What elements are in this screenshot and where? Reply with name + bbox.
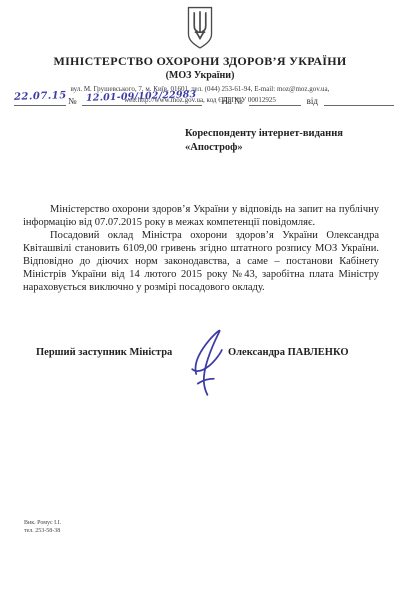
ministry-short-name: (МОЗ України): [0, 70, 400, 81]
incoming-number-label: На №: [221, 96, 242, 106]
handwritten-date: 22.07.15: [14, 90, 67, 103]
incoming-number-field: [249, 91, 301, 106]
ministry-name: МІНІСТЕРСТВО ОХОРОНИ ЗДОРОВ’Я УКРАЇНИ: [0, 54, 400, 69]
executor-footer: Вик. Ромус І.І. тел. 253-58-38: [24, 519, 61, 535]
outgoing-date-field: 22.07.15: [14, 91, 66, 106]
signer-name: Олександра ПАВЛЕНКО: [228, 347, 349, 358]
signer-position-title: Перший заступник Міністра: [36, 347, 172, 358]
incoming-date-label: від: [307, 96, 318, 106]
number-sign-label: №: [68, 96, 77, 106]
recipient-line-2: «Апостроф»: [185, 141, 343, 155]
ukraine-tryzub-coat-of-arms-icon: [183, 6, 217, 50]
executor-name: Вик. Ромус І.І.: [24, 519, 61, 527]
body-paragraph-1: Міністерство охорони здоров’я України у …: [23, 203, 379, 229]
handwritten-signature: [183, 326, 235, 398]
incoming-date-field: [324, 91, 394, 106]
recipient-line-1: Кореспонденту інтернет-видання: [185, 127, 343, 141]
letter-body: Міністерство охорони здоров’я України у …: [23, 203, 379, 294]
handwritten-number: 12.01-09/102/22983: [86, 89, 197, 104]
recipient-block: Кореспонденту інтернет-видання «Апостроф…: [185, 127, 343, 155]
executor-phone: тел. 253-58-38: [24, 527, 61, 535]
reference-row: 22.07.15 № 12.01-09/102/22983 На № від: [14, 89, 394, 106]
outgoing-number-field: 12.01-09/102/22983: [82, 91, 202, 106]
body-paragraph-2: Посадовий оклад Міністра охорони здоров’…: [23, 229, 379, 294]
scanned-letter-page: МІНІСТЕРСТВО ОХОРОНИ ЗДОРОВ’Я УКРАЇНИ (М…: [0, 0, 400, 600]
